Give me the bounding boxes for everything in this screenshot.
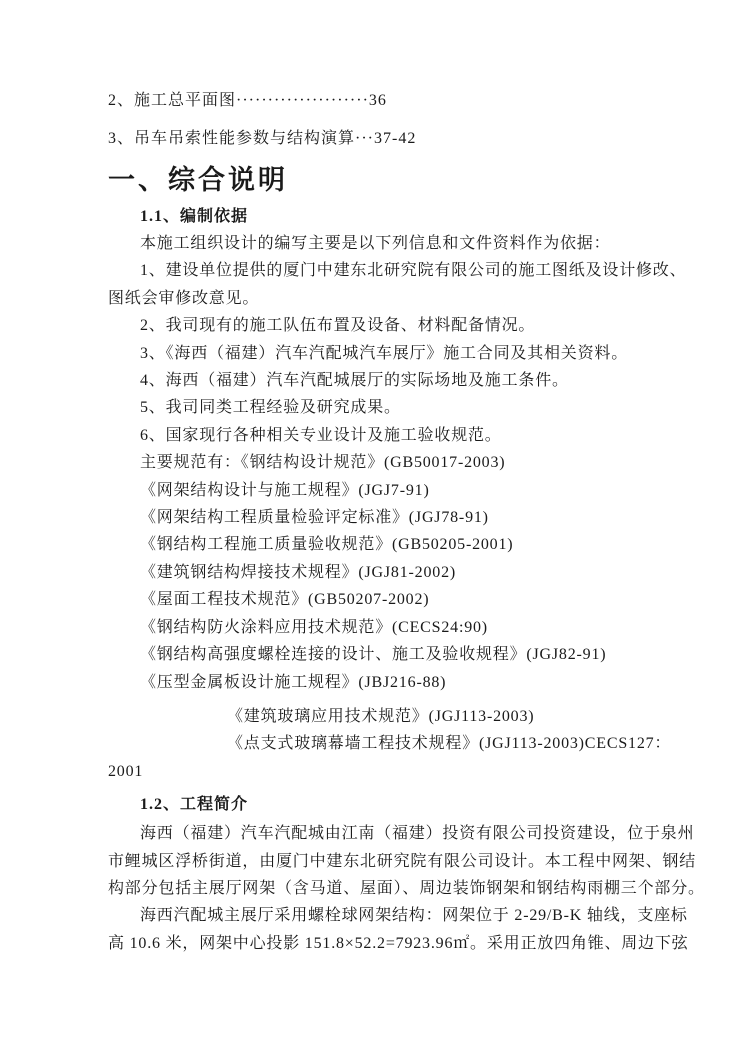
list-item-line: 6、国家现行各种相关专业设计及施工验收规范。	[108, 422, 652, 449]
subsection-heading: 1.2、工程简介	[140, 791, 652, 818]
spec-line-indented: 《点支式玻璃幕墙工程技术规程》(JGJ113-2003)CECS127：	[227, 730, 652, 757]
paragraph-line: 市鲤城区浮桥街道，由厦门中建东北研究院有限公司设计。本工程中网架、钢结	[108, 848, 652, 875]
toc-entry: 3、吊车吊索性能参数与结构演算···37-42	[108, 120, 652, 158]
toc-entry: 2、施工总平面图·····················36	[108, 82, 652, 120]
list-item-line: 4、海西（福建）汽车汽配城展厅的实际场地及施工条件。	[108, 367, 652, 394]
subsection-heading: 1.1、编制依据	[140, 203, 652, 230]
paragraph-line: 海西汽配城主展厅采用螺栓球网架结构：网架位于 2-29/B-K 轴线，支座标	[108, 902, 652, 929]
paragraph-line: 构部分包括主展厅网架（含马道、屋面）、周边装饰钢架和钢结构雨棚三个部分。	[108, 875, 652, 902]
year-continuation: 2001	[108, 758, 652, 785]
spec-line: 《压型金属板设计施工规程》(JBJ216-88)	[108, 669, 652, 696]
list-item-line: 1、建设单位提供的厦门中建东北研究院有限公司的施工图纸及设计修改、	[108, 257, 652, 284]
spec-line: 主要规范有：《钢结构设计规范》(GB50017-2003)	[108, 449, 652, 476]
section-heading: 一、综合说明	[108, 162, 652, 198]
document-page: 2、施工总平面图·····················36 3、吊车吊索性能…	[0, 0, 744, 1052]
spec-line: 《网架结构工程质量检验评定标准》(JGJ78-91)	[108, 504, 652, 531]
paragraph-line: 本施工组织设计的编写主要是以下列信息和文件资料作为依据：	[108, 230, 652, 257]
spec-line: 《钢结构防火涂料应用技术规范》(CECS24:90)	[108, 614, 652, 641]
list-item-line: 图纸会审修改意见。	[108, 285, 652, 312]
list-item-line: 2、我司现有的施工队伍布置及设备、材料配备情况。	[108, 312, 652, 339]
page-content: 2、施工总平面图·····················36 3、吊车吊索性能…	[108, 82, 652, 957]
spec-line-indented: 《建筑玻璃应用技术规范》(JGJ113-2003)	[227, 703, 652, 730]
spec-line: 《钢结构工程施工质量验收规范》(GB50205-2001)	[108, 531, 652, 558]
spec-line: 《屋面工程技术规范》(GB50207-2002)	[108, 586, 652, 613]
list-item-line: 5、我司同类工程经验及研究成果。	[108, 394, 652, 421]
spec-line: 《网架结构设计与施工规程》(JGJ7-91)	[108, 477, 652, 504]
list-item-line: 3、《海西（福建）汽车汽配城汽车展厅》施工合同及其相关资料。	[108, 340, 652, 367]
paragraph-line: 高 10.6 米，网架中心投影 151.8×52.2=7923.96㎡。采用正放…	[108, 930, 652, 957]
spec-line: 《钢结构高强度螺栓连接的设计、施工及验收规程》(JGJ82-91)	[108, 641, 652, 668]
spec-line: 《建筑钢结构焊接技术规程》(JGJ81-2002)	[108, 559, 652, 586]
paragraph-line: 海西（福建）汽车汽配城由江南（福建）投资有限公司投资建设，位于泉州	[108, 820, 652, 847]
